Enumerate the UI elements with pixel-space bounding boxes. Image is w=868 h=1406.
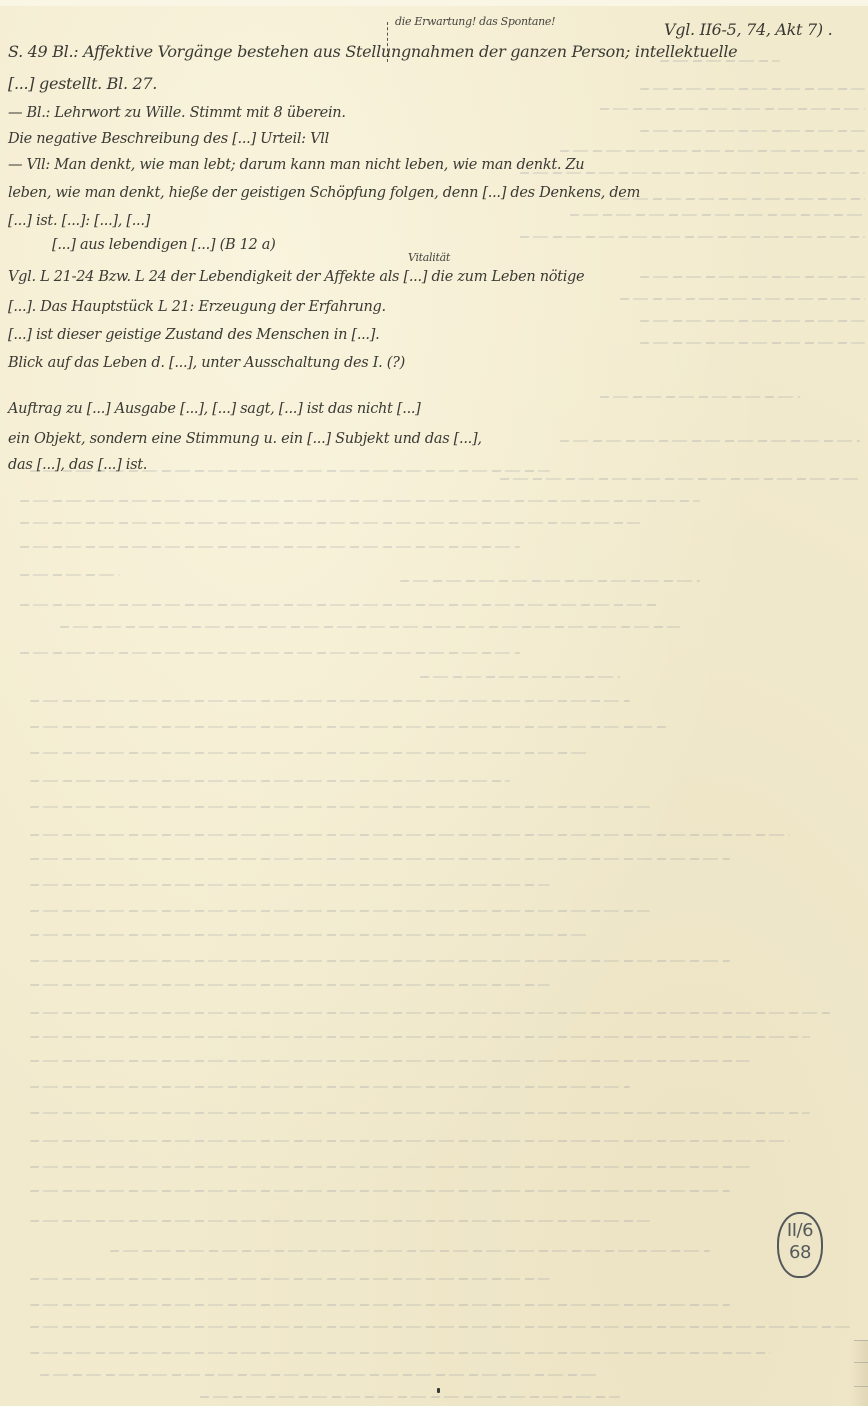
archive-folio-stamp: II/6 68 xyxy=(777,1212,823,1278)
ink-mark xyxy=(437,1388,440,1393)
manuscript-line: S. 49 Bl.: Affektive Vorgänge bestehen a… xyxy=(8,44,737,60)
manuscript-line: [...]. Das Hauptstück L 21: Erzeugung de… xyxy=(8,300,386,315)
interlinear-insertion: Vitalität xyxy=(408,252,450,263)
manuscript-line: [...] aus lebendigen [...] (B 12 a) xyxy=(52,238,275,253)
manuscript-line: Die negative Beschreibung des [...] Urte… xyxy=(8,132,329,147)
manuscript-line: [...] gestellt. Bl. 27. xyxy=(8,76,157,92)
manuscript-line: Blick auf das Leben d. [...], unter Auss… xyxy=(8,356,405,371)
manuscript-page: die Erwartung! das Spontane! Vgl. II6-5,… xyxy=(0,0,868,1406)
manuscript-line: Vgl. L 21-24 Bzw. L 24 der Lebendigkeit … xyxy=(8,270,584,285)
manuscript-line: ein Objekt, sondern eine Stimmung u. ein… xyxy=(8,432,482,447)
manuscript-line: — Vll: Man denkt, wie man lebt; darum ka… xyxy=(8,158,584,173)
folio-series: II/6 xyxy=(779,1220,821,1242)
insertion-note: die Erwartung! das Spontane! xyxy=(395,16,555,27)
manuscript-line: leben, wie man denkt, hieße der geistige… xyxy=(8,186,640,201)
manuscript-line: [...] ist. [...]: [...], [...] xyxy=(8,214,150,229)
page-top-edge xyxy=(0,0,868,6)
reference-note: Vgl. II6-5, 74, Akt 7) . xyxy=(664,22,832,38)
manuscript-line: das [...], das [...] ist. xyxy=(8,458,147,473)
bleed-through-text xyxy=(0,0,868,1406)
folio-number: 68 xyxy=(779,1242,821,1264)
manuscript-line: — Bl.: Lehrwort zu Wille. Stimmt mit 8 ü… xyxy=(8,106,346,121)
edge-mark xyxy=(854,1386,868,1387)
page-edge-shadow xyxy=(850,1340,868,1406)
edge-mark xyxy=(854,1362,868,1363)
manuscript-line: [...] ist dieser geistige Zustand des Me… xyxy=(8,328,379,343)
manuscript-line: Auftrag zu [...] Ausgabe [...], [...] sa… xyxy=(8,402,421,417)
edge-mark xyxy=(854,1340,868,1341)
